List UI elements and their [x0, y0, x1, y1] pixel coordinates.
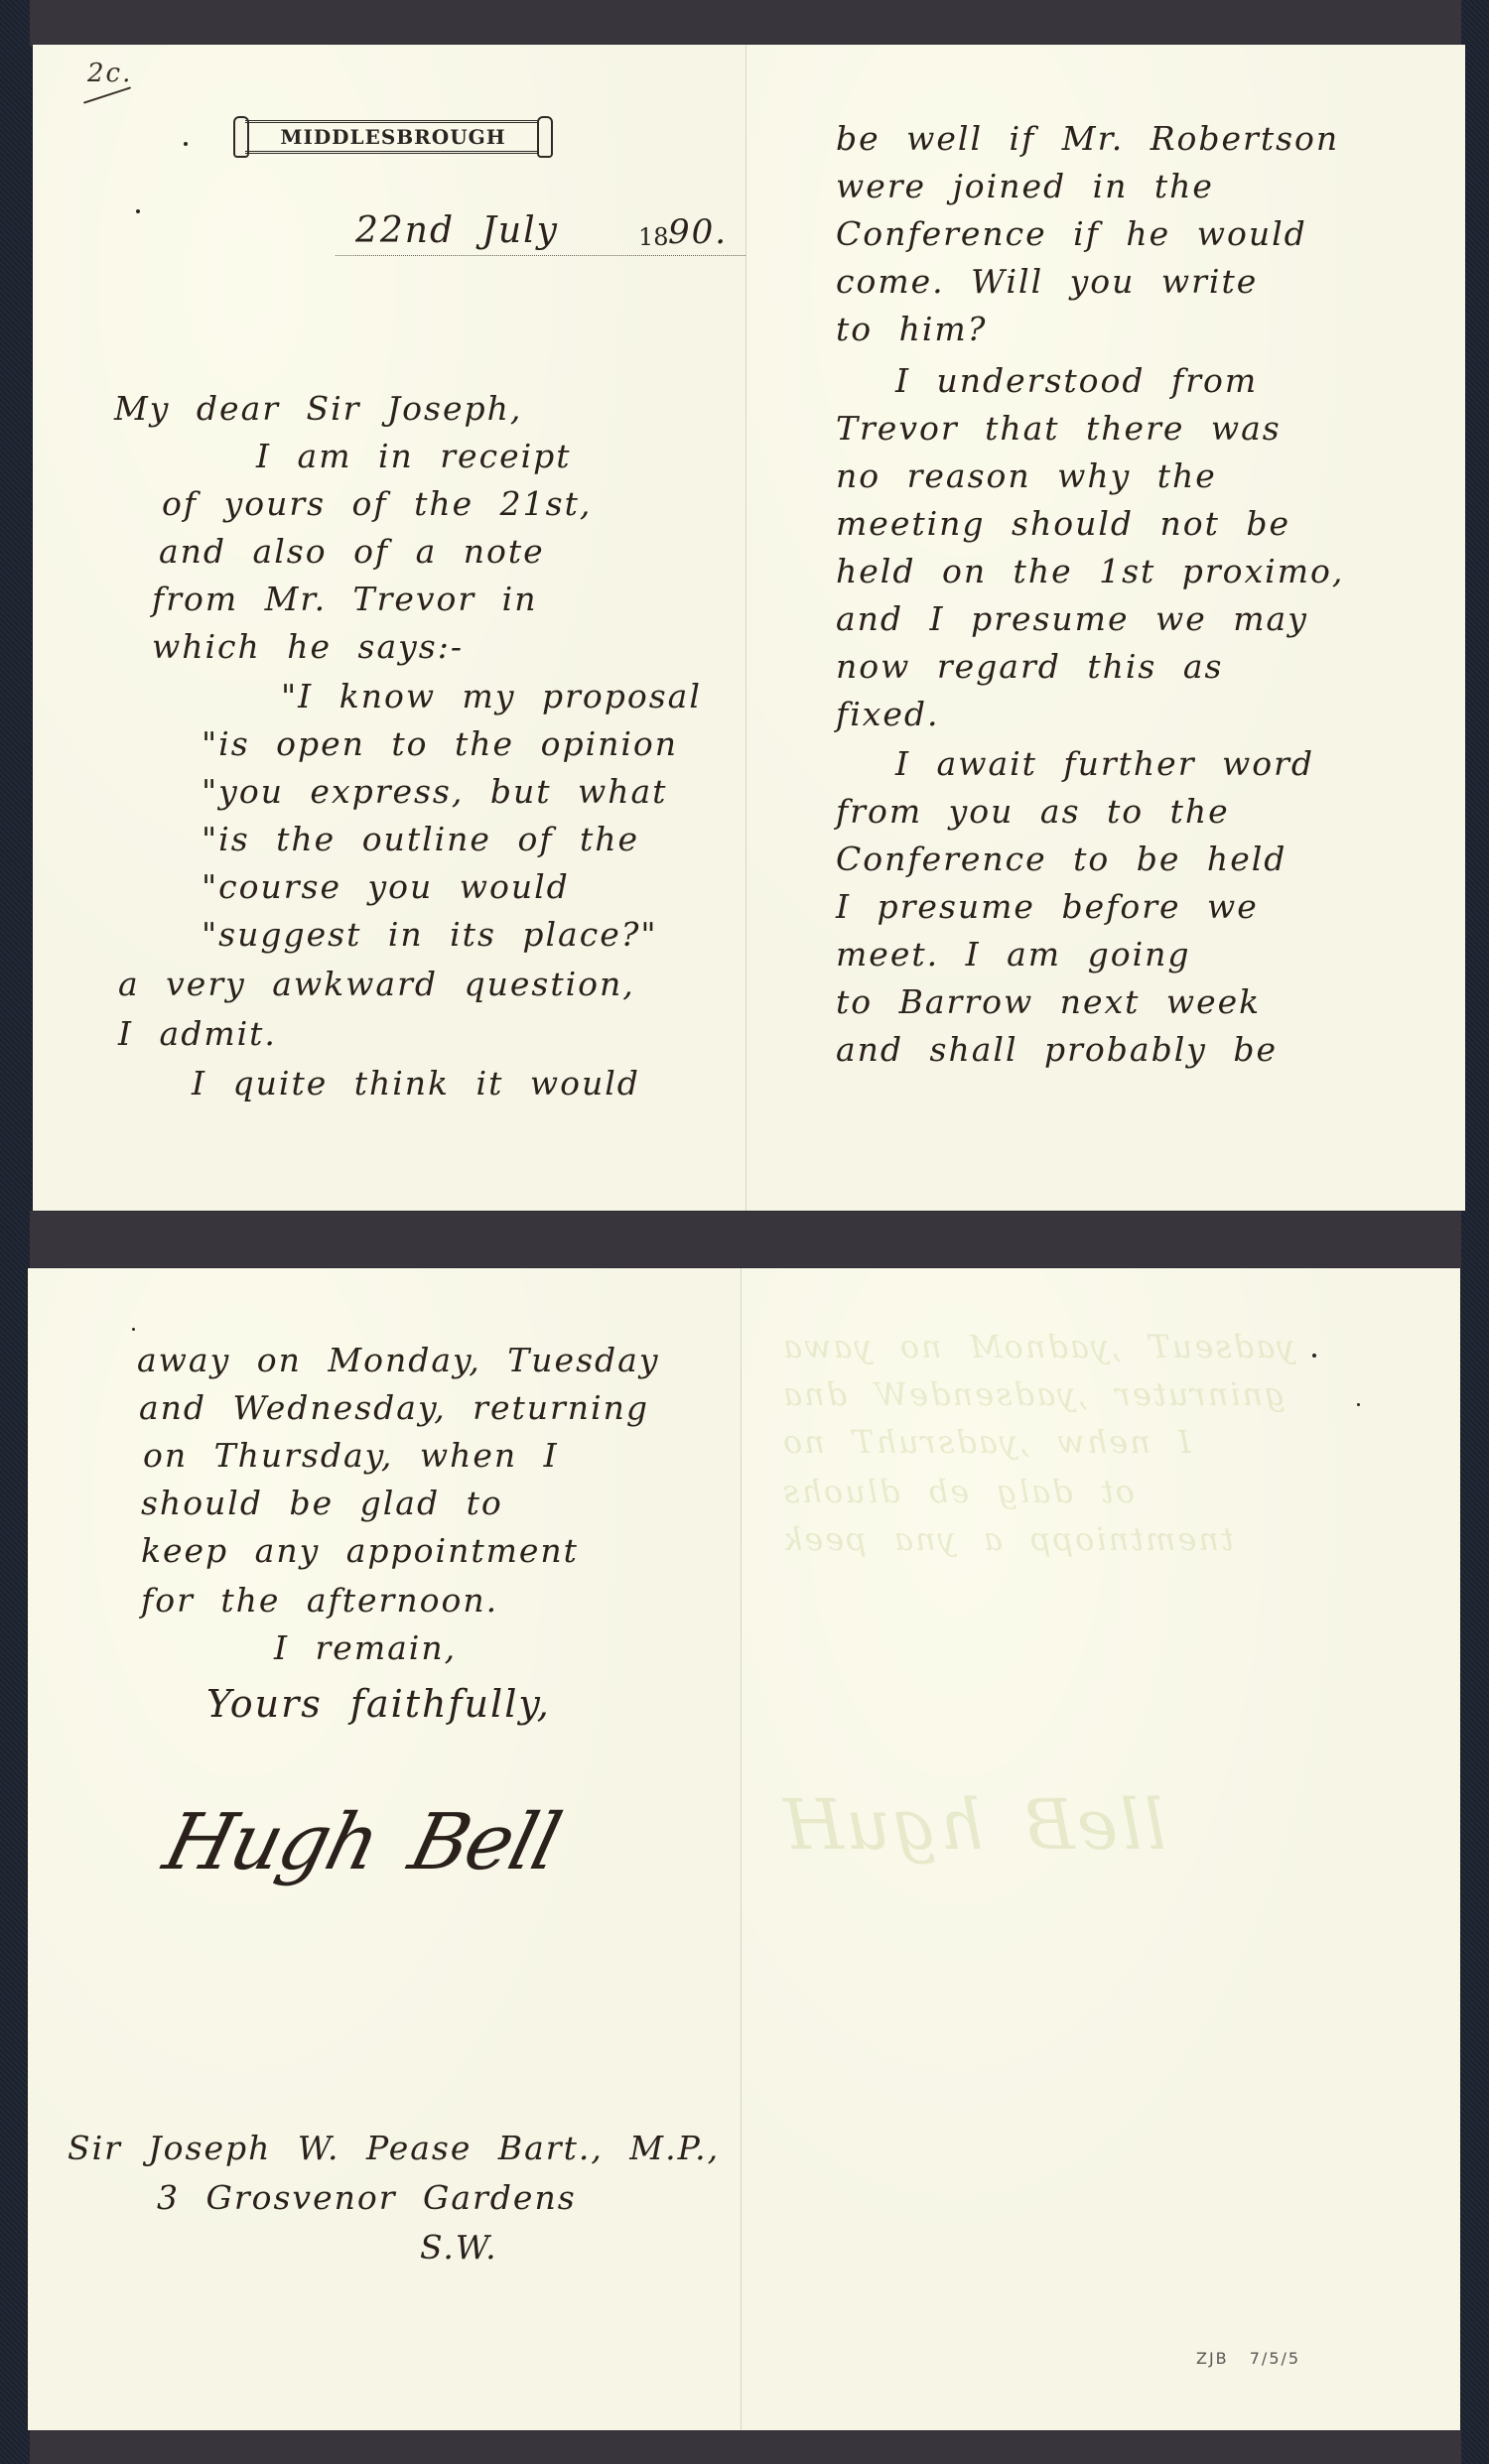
- letter-line: and Wednesday, returning: [139, 1391, 649, 1424]
- letter-line: from you as to the: [836, 795, 1230, 828]
- letter-line: I quite think it would: [192, 1067, 640, 1100]
- date-dotted-rule: [336, 255, 745, 256]
- letter-line: no reason why the: [836, 459, 1217, 492]
- letter-line: were joined in the: [836, 170, 1214, 202]
- sheet-1-right-page: be well if Mr. Robertson were joined in …: [745, 45, 1465, 1211]
- letter-line: for the afternoon.: [141, 1584, 498, 1617]
- closing-valediction: Yours faithfully,: [206, 1685, 551, 1723]
- mount-board-separator: [30, 1211, 1461, 1268]
- signature: Hugh Bell: [157, 1804, 566, 1881]
- showthrough-signature: lleB hguH: [781, 1784, 1166, 1866]
- showthrough-text: gninruter ,yadsendeW dna: [781, 1375, 1286, 1413]
- letter-line: and also of a note: [159, 535, 545, 568]
- quoted-line: "is open to the opinion: [202, 727, 678, 760]
- letter-line: should be glad to: [141, 1487, 503, 1519]
- sheet-1-left-page: 2c. MIDDLESBROUGH 22nd July 18 90. My de…: [33, 45, 745, 1211]
- salutation: My dear Sir Joseph,: [114, 392, 522, 425]
- letter-line: a very awkward question,: [118, 968, 635, 1000]
- letter-line: I presume before we: [836, 890, 1259, 923]
- date-year-printed: 18: [638, 223, 669, 251]
- quoted-line: "suggest in its place?": [202, 918, 658, 951]
- letter-line: Conference if he would: [836, 217, 1307, 250]
- letter-line: I understood from: [895, 364, 1258, 397]
- showthrough-text: tnemtniopp a yna peek: [781, 1520, 1234, 1558]
- quoted-line: "I know my proposal: [281, 680, 702, 713]
- letter-line: Conference to be held: [836, 843, 1286, 875]
- quoted-line: "is the outline of the: [202, 823, 639, 855]
- archive-reference: ZJB 7/5/5: [1196, 2349, 1300, 2368]
- sheet-2-left-page: away on Monday, Tuesday and Wednesday, r…: [28, 1268, 741, 2430]
- letter-line: I await further word: [895, 747, 1314, 780]
- letter-line: which he says:-: [152, 630, 464, 663]
- addressee-district: S.W.: [420, 2231, 498, 2264]
- sheet-2-spread: away on Monday, Tuesday and Wednesday, r…: [28, 1268, 1459, 2430]
- letter-line: fixed.: [836, 698, 940, 730]
- letter-line: I am in receipt: [256, 440, 572, 472]
- quoted-line: "you express, but what: [202, 775, 667, 808]
- folio-mark: 2c.: [87, 61, 132, 86]
- letter-line: meeting should not be: [836, 507, 1290, 540]
- letter-line: and shall probably be: [836, 1033, 1278, 1066]
- letter-line: meet. I am going: [836, 938, 1191, 971]
- paper-speck: [132, 1328, 135, 1331]
- paper-speck: [136, 209, 140, 213]
- paper-speck: [1312, 1354, 1316, 1358]
- letter-line: to Barrow next week: [836, 985, 1261, 1018]
- letter-line: and I presume we may: [836, 602, 1308, 635]
- letter-line: come. Will you write: [836, 265, 1258, 298]
- letter-line: to him?: [836, 313, 987, 345]
- quoted-line: "course you would: [202, 870, 570, 903]
- closing-line: I remain,: [274, 1631, 457, 1664]
- letterhead-text: MIDDLESBROUGH: [245, 120, 541, 154]
- showthrough-text: yadseuT ,yadnoM no yawa: [781, 1328, 1294, 1365]
- letter-line: of yours of the 21st,: [162, 487, 592, 520]
- letter-line: now regard this as: [836, 650, 1223, 683]
- letterhead-banner: MIDDLESBROUGH: [233, 114, 553, 156]
- showthrough-text: I nehw ,yadsruhT no: [781, 1423, 1191, 1461]
- date-day-month: 22nd July: [355, 213, 559, 249]
- letter-line: on Thursday, when I: [143, 1439, 559, 1472]
- addressee-street: 3 Grosvenor Gardens: [157, 2181, 577, 2214]
- scroll-ornament-icon: [537, 116, 553, 158]
- showthrough-text: ot dalg eb dluohs: [781, 1473, 1135, 1510]
- folio-underline: [83, 86, 131, 103]
- date-year-handwritten: 90.: [668, 215, 728, 249]
- paper-speck: [1357, 1403, 1360, 1406]
- letter-line: I admit.: [118, 1017, 277, 1050]
- sheet-1-spread: 2c. MIDDLESBROUGH 22nd July 18 90. My de…: [33, 45, 1464, 1211]
- letter-line: held on the 1st proximo,: [836, 555, 1344, 587]
- paper-speck: [184, 142, 188, 146]
- letter-line: keep any appointment: [141, 1534, 579, 1567]
- letter-line: from Mr. Trevor in: [152, 583, 537, 615]
- letter-line: away on Monday, Tuesday: [137, 1344, 659, 1376]
- mount-board-bottom: [30, 2430, 1461, 2464]
- letter-line: be well if Mr. Robertson: [836, 122, 1339, 155]
- addressee-name: Sir Joseph W. Pease Bart., M.P.,: [68, 2132, 720, 2164]
- sheet-2-right-page: yadseuT ,yadnoM no yawa gninruter ,yadse…: [741, 1268, 1460, 2430]
- mount-board-top: [30, 0, 1461, 47]
- letter-line: Trevor that there was: [836, 412, 1282, 445]
